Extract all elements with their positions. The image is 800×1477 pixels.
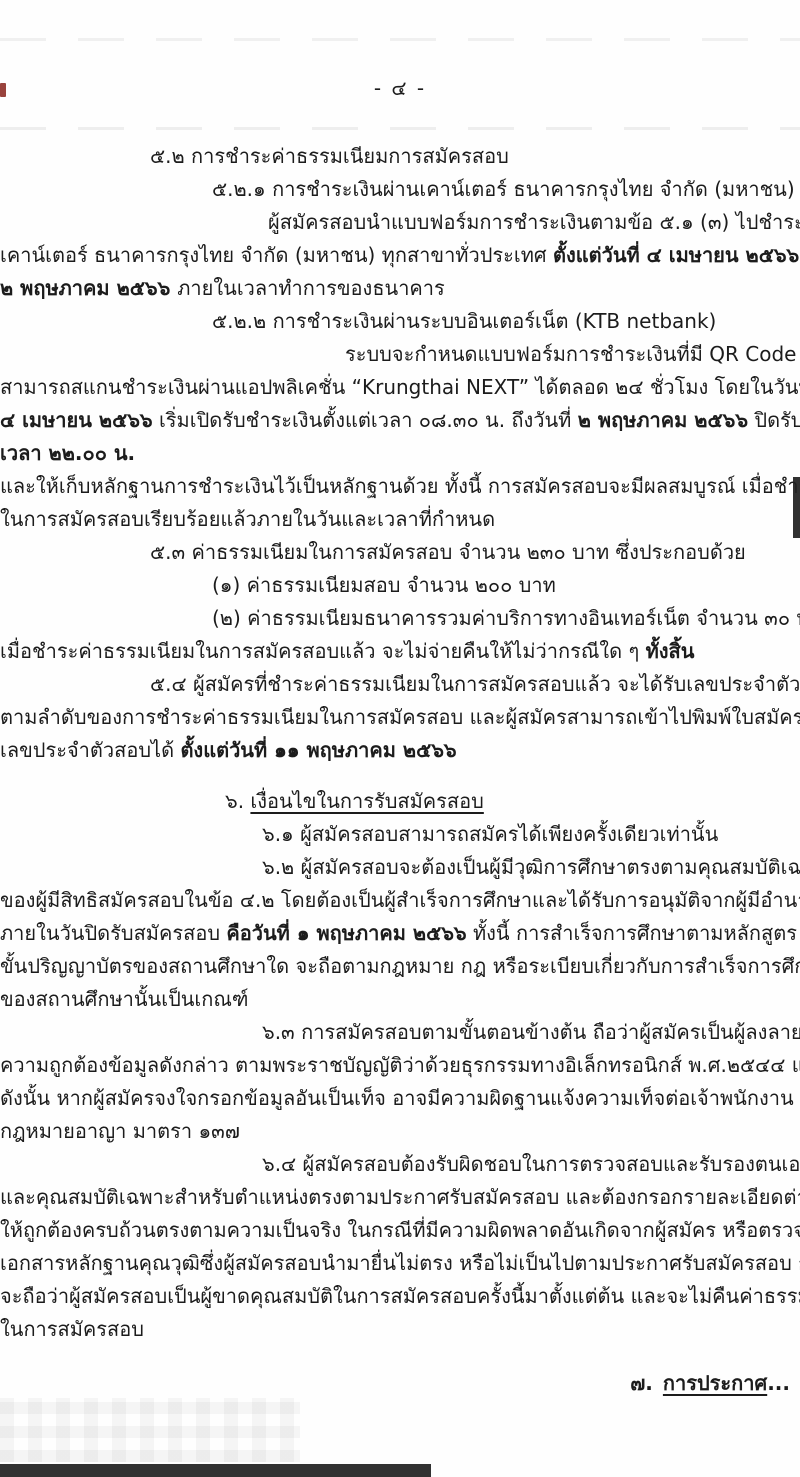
text-line: ๖. เงื่อนไขในการรับสมัครสอบ [0,785,800,818]
text-line: เคาน์เตอร์ ธนาคารกรุงไทย จำกัด (มหาชน) ท… [0,239,800,272]
continuation-ellipsis: ... [767,1371,790,1395]
text-line: ผู้สมัครสอบนำแบบฟอร์มการชำระเงินตามข้อ ๕… [0,206,800,239]
text-segment: ตั้งแต่วันที่ ๑๑ พฤษภาคม ๒๕๖๖ [180,738,456,762]
text-line: (๑) ค่าธรรมเนียมสอบ จำนวน ๒๐๐ บาท [0,569,800,602]
text-line: สามารถสแกนชำระเงินผ่านแอปพลิเคชั่น “Krun… [0,371,800,404]
text-segment: เวลา ๒๒.๐๐ น. [0,441,135,465]
text-segment: ระบบจะกำหนดแบบฟอร์มการชำระเงินที่มี QR C… [345,342,800,366]
text-segment: ผู้สมัครสอบนำแบบฟอร์มการชำระเงินตามข้อ ๕… [268,210,800,234]
text-segment: ๕.๒.๒ การชำระเงินผ่านระบบอินเตอร์เน็ต (K… [212,309,716,333]
text-line: ๖.๒ ผู้สมัครสอบจะต้องเป็นผู้มีวุฒิการศึก… [0,851,800,884]
page-number: - ๔ - [0,0,800,100]
text-segment: (๑) ค่าธรรมเนียมสอบ จำนวน ๒๐๐ บาท [212,573,556,597]
text-segment: ภายในวันปิดรับสมัครสอบ [0,921,226,945]
scan-artifact-bottom-bar [0,1464,431,1477]
text-line: เลขประจำตัวสอบได้ ตั้งแต่วันที่ ๑๑ พฤษภา… [0,734,800,767]
text-segment: เงื่อนไขในการรับสมัครสอบ [250,789,483,813]
text-segment: เมื่อชำระค่าธรรมเนียมในการสมัครสอบแล้ว จ… [0,639,646,663]
text-segment: เอกสารหลักฐานคุณวุฒิซึ่งผู้สมัครสอบนำมาย… [0,1251,800,1275]
text-segment: เริ่มเปิดรับชำระเงินตั้งแต่เวลา ๐๘.๓๐ น.… [153,408,578,432]
text-segment: เลขประจำตัวสอบได้ [0,738,180,762]
continuation-label: การประกาศ [663,1371,767,1395]
scan-streak [0,38,800,41]
text-segment: ขั้นปริญญาบัตรของสถานศึกษาใด จะถือตามกฎห… [0,954,800,978]
text-line: ๕.๔ ผู้สมัครที่ชำระค่าธรรมเนียมในการสมัค… [0,668,800,701]
text-segment: จะถือว่าผู้สมัครสอบเป็นผู้ขาดคุณสมบัติใน… [0,1284,800,1308]
text-segment: ภายในเวลาทำการของธนาคาร [177,276,445,300]
text-line: ๕.๒.๒ การชำระเงินผ่านระบบอินเตอร์เน็ต (K… [0,305,800,338]
continuation-number: ๗. [630,1371,653,1395]
text-segment: ให้ถูกต้องครบถ้วนตรงตามความเป็นจริง ในกร… [0,1218,800,1242]
continuation-note: ๗.การประกาศ... [630,1368,790,1398]
text-segment: และให้เก็บหลักฐานการชำระเงินไว้เป็นหลักฐ… [0,474,800,498]
document-body: ๕.๒ การชำระค่าธรรมเนียมการสมัครสอบ๕.๒.๑ … [0,140,800,1346]
text-line: ๕.๒ การชำระค่าธรรมเนียมการสมัครสอบ [0,140,800,173]
text-line: เอกสารหลักฐานคุณวุฒิซึ่งผู้สมัครสอบนำมาย… [0,1247,800,1280]
text-segment: ๕.๒.๑ การชำระเงินผ่านเคาน์เตอร์ ธนาคารกร… [212,177,795,201]
text-line: ของผู้มีสิทธิสมัครสอบในข้อ ๔.๒ โดยต้องเป… [0,884,800,917]
text-segment: (๒) ค่าธรรมเนียมธนาคารรวมค่าบริการทางอิน… [212,606,800,630]
text-line: ตามลำดับของการชำระค่าธรรมเนียมในการสมัคร… [0,701,800,734]
text-segment: ความถูกต้องข้อมูลดังกล่าว ตามพระราชบัญญั… [0,1053,800,1077]
text-segment: กฎหมายอาญา มาตรา ๑๓๗ [0,1119,240,1143]
text-segment: ทั้งนี้ การสำเร็จการศึกษาตามหลักสูตร [467,921,797,945]
text-line: จะถือว่าผู้สมัครสอบเป็นผู้ขาดคุณสมบัติใน… [0,1280,800,1313]
text-line: เมื่อชำระค่าธรรมเนียมในการสมัครสอบแล้ว จ… [0,635,800,668]
text-line: ๖.๓ การสมัครสอบตามขั้นตอนข้างต้น ถือว่าผ… [0,1016,800,1049]
text-segment: ๒ พฤษภาคม ๒๕๖๖ [578,408,748,432]
text-segment: ดังนั้น หากผู้สมัครจงใจกรอกข้อมูลอันเป็น… [0,1086,800,1110]
text-segment: ๕.๒ การชำระค่าธรรมเนียมการสมัครสอบ [150,144,509,168]
text-segment: ๖. [225,789,250,813]
text-line: ดังนั้น หากผู้สมัครจงใจกรอกข้อมูลอันเป็น… [0,1082,800,1115]
text-segment: ๖.๒ ผู้สมัครสอบจะต้องเป็นผู้มีวุฒิการศึก… [262,855,800,879]
scan-streak [0,127,800,130]
text-segment: ๕.๔ ผู้สมัครที่ชำระค่าธรรมเนียมในการสมัค… [150,672,800,696]
text-line: ในการสมัครสอบ [0,1313,800,1346]
scan-artifact-red-mark [0,83,6,97]
text-line: กฎหมายอาญา มาตรา ๑๓๗ [0,1115,800,1148]
text-line: และให้เก็บหลักฐานการชำระเงินไว้เป็นหลักฐ… [0,470,800,503]
text-segment: และคุณสมบัติเฉพาะสำหรับตำแหน่งตรงตามประก… [0,1185,800,1209]
text-segment: ในการสมัครสอบ [0,1317,144,1341]
text-segment: ๒ พฤษภาคม ๒๕๖๖ [0,276,177,300]
scan-artifact-mosaic [0,1398,300,1462]
text-line: ๕.๓ ค่าธรรมเนียมในการสมัครสอบ จำนวน ๒๓๐ … [0,536,800,569]
text-segment: ๖.๓ การสมัครสอบตามขั้นตอนข้างต้น ถือว่าผ… [262,1020,800,1044]
text-segment: ๔ เมษายน ๒๕๖๖ [0,408,153,432]
text-line: ๕.๒.๑ การชำระเงินผ่านเคาน์เตอร์ ธนาคารกร… [0,173,800,206]
text-segment: เคาน์เตอร์ ธนาคารกรุงไทย จำกัด (มหาชน) ท… [0,243,553,267]
text-segment: ทั้งสิ้น [646,639,695,663]
text-line: ภายในวันปิดรับสมัครสอบ คือวันที่ ๑ พฤษภา… [0,917,800,950]
text-line: ความถูกต้องข้อมูลดังกล่าว ตามพระราชบัญญั… [0,1049,800,1082]
scan-artifact-right-bar [793,477,800,538]
text-line: ๔ เมษายน ๒๕๖๖ เริ่มเปิดรับชำระเงินตั้งแต… [0,404,800,437]
text-segment: ๖.๔ ผู้สมัครสอบต้องรับผิดชอบในการตรวจสอบ… [262,1152,800,1176]
text-segment: ในการสมัครสอบเรียบร้อยแล้วภายในวันและเวล… [0,507,495,531]
text-segment: สามารถสแกนชำระเงินผ่านแอปพลิเคชั่น “Krun… [0,375,800,399]
text-segment: คือวันที่ ๑ พฤษภาคม ๒๕๖๖ [226,921,466,945]
text-line: ในการสมัครสอบเรียบร้อยแล้วภายในวันและเวล… [0,503,800,536]
text-segment: ปิดรับชำระเงิน [748,408,800,432]
text-line: ๖.๔ ผู้สมัครสอบต้องรับผิดชอบในการตรวจสอบ… [0,1148,800,1181]
text-segment: ๕.๓ ค่าธรรมเนียมในการสมัครสอบ จำนวน ๒๓๐ … [150,540,746,564]
text-line: ๖.๑ ผู้สมัครสอบสามารถสมัครได้เพียงครั้งเ… [0,818,800,851]
text-line: ให้ถูกต้องครบถ้วนตรงตามความเป็นจริง ในกร… [0,1214,800,1247]
text-line: เวลา ๒๒.๐๐ น. [0,437,800,470]
text-segment: ตั้งแต่วันที่ ๔ เมษายน ๒๕๖๖ ถึงวันที่ [553,243,800,267]
text-segment: ตามลำดับของการชำระค่าธรรมเนียมในการสมัคร… [0,705,800,729]
text-line: (๒) ค่าธรรมเนียมธนาคารรวมค่าบริการทางอิน… [0,602,800,635]
text-line: ๒ พฤษภาคม ๒๕๖๖ ภายในเวลาทำการของธนาคาร [0,272,800,305]
text-segment: ของสถานศึกษานั้นเป็นเกณฑ์ [0,987,249,1011]
text-segment: ๖.๑ ผู้สมัครสอบสามารถสมัครได้เพียงครั้งเ… [262,822,718,846]
text-segment: ของผู้มีสิทธิสมัครสอบในข้อ ๔.๒ โดยต้องเป… [0,888,800,912]
text-line: และคุณสมบัติเฉพาะสำหรับตำแหน่งตรงตามประก… [0,1181,800,1214]
text-line: ระบบจะกำหนดแบบฟอร์มการชำระเงินที่มี QR C… [0,338,800,371]
text-line: ของสถานศึกษานั้นเป็นเกณฑ์ [0,983,800,1016]
text-line: ขั้นปริญญาบัตรของสถานศึกษาใด จะถือตามกฎห… [0,950,800,983]
